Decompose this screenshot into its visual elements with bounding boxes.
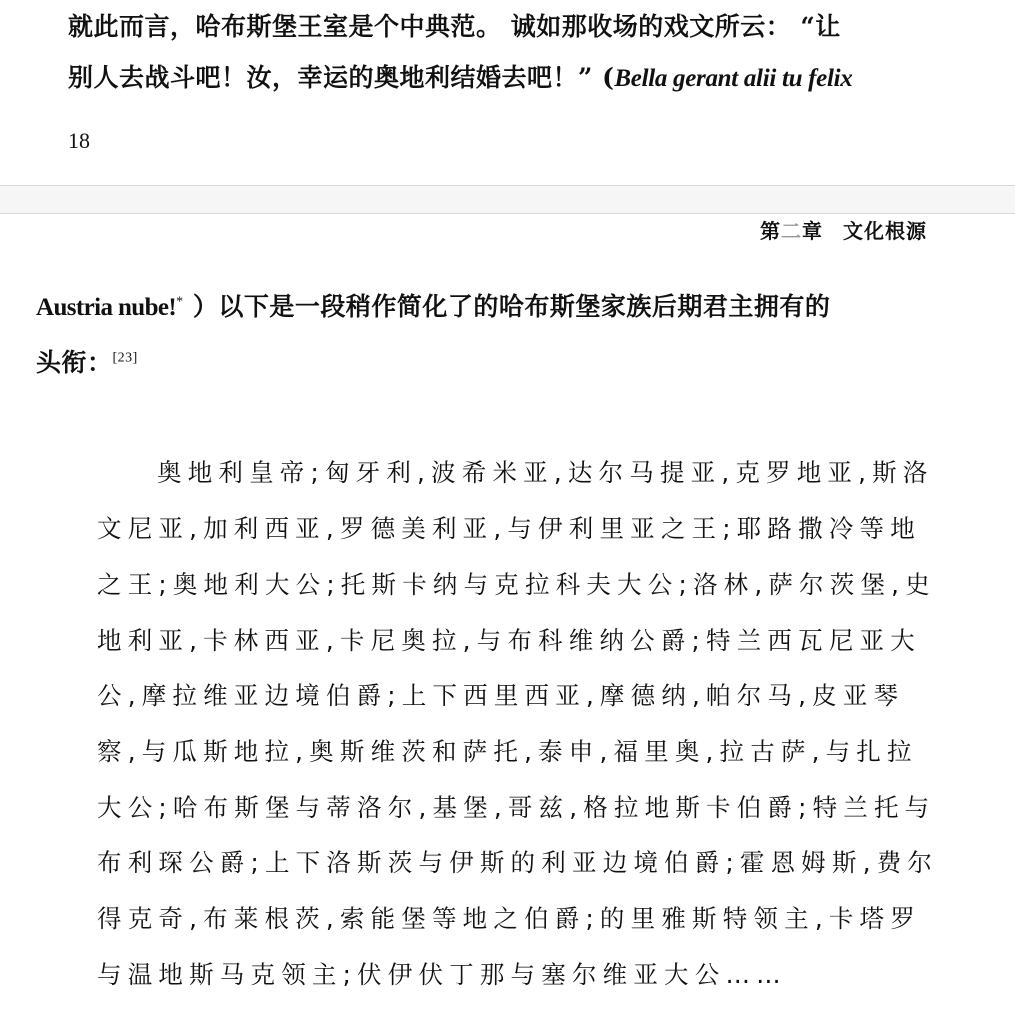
- body-text-line-2: 别人去战斗吧！汝，幸运的奥地利结婚去吧！” (Bella gerant alii…: [68, 63, 852, 94]
- quote-line: 察,与瓜斯地拉,奥斯维茨和萨托,泰申,福里奥,拉古萨,与扎拉: [97, 737, 918, 767]
- text-run: 第: [760, 219, 781, 243]
- text-run: 章: [802, 219, 823, 243]
- quote-line: 布利琛公爵;上下洛斯茨与伊斯的利亚边境伯爵;霍恩姆斯,费尔: [97, 848, 938, 878]
- running-head-chapter: 第二章: [760, 219, 823, 243]
- quote-line: 之王;奥地利大公;托斯卡纳与克拉科夫大公;洛林,萨尔茨堡,史: [97, 570, 936, 600]
- text-run: 就此而言，哈布斯堡王室是个中典范。 诚如那收场的戏文所云： “让: [68, 12, 841, 41]
- page-number: 18: [68, 129, 90, 153]
- text-run: 二: [781, 219, 802, 243]
- quote-line: 公,摩拉维亚边境伯爵;上下西里西亚,摩德纳,帕尔马,皮亚琴: [97, 681, 904, 711]
- text-run: 别人去战斗吧！汝，幸运的奥地利结婚去吧！” (: [68, 63, 614, 92]
- body-text-line-1: 就此而言，哈布斯堡王室是个中典范。 诚如那收场的戏文所云： “让: [68, 12, 841, 42]
- running-head: 第二章文化根源: [760, 219, 927, 243]
- quote-line: 大公;哈布斯堡与蒂洛尔,基堡,哥兹,格拉地斯卡伯爵;特兰托与: [97, 793, 935, 823]
- footnote-mark[interactable]: *: [176, 295, 184, 310]
- text-run: 头衔：: [36, 348, 113, 377]
- running-head-title: 文化根源: [843, 219, 927, 243]
- quote-line: 文尼亚,加利西亚,罗德美利亚,与伊利里亚之王;耶路撒冷等地: [97, 514, 921, 544]
- latin-phrase: Bella gerant alii tu felix: [614, 65, 852, 92]
- paragraph-line-1: Austria nube!* ）以下是一段稍作简化了的哈布斯堡家族后期君主拥有的: [36, 292, 830, 323]
- next-page: 第二章文化根源 Austria nube!* ）以下是一段稍作简化了的哈布斯堡家…: [0, 214, 1015, 1024]
- quote-line: 奥地利皇帝;匈牙利,波希米亚,达尔马提亚,克罗地亚,斯洛: [157, 458, 934, 488]
- quote-line: 得克奇,布莱根茨,索能堡等地之伯爵;的里雅斯特领主,卡塔罗: [97, 904, 921, 934]
- citation-mark[interactable]: [23]: [113, 351, 138, 366]
- quote-line: 地利亚,卡林西亚,卡尼奥拉,与布科维纳公爵;特兰西瓦尼亚大: [97, 626, 921, 656]
- quote-line: 与温地斯马克领主;伏伊伏丁那与塞尔维亚大公……: [97, 960, 787, 990]
- page-separator: [0, 185, 1015, 214]
- previous-page: 就此而言，哈布斯堡王室是个中典范。 诚如那收场的戏文所云： “让 别人去战斗吧！…: [0, 0, 1015, 185]
- paragraph-line-2: 头衔：[23]: [36, 348, 138, 378]
- text-run: ）以下是一段稍作简化了的哈布斯堡家族后期君主拥有的: [184, 292, 831, 321]
- latin-phrase: Austria nube!: [36, 294, 176, 321]
